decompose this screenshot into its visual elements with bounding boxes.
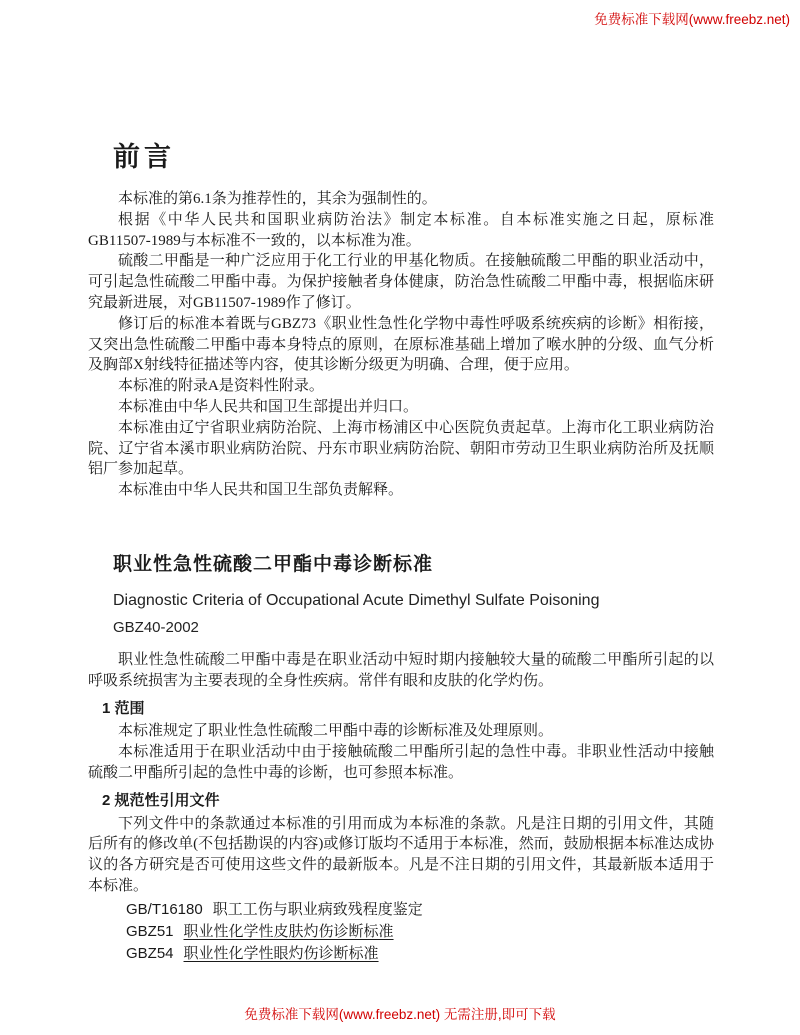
reference-title: 职工工伤与职业病致残程度鉴定 [213,902,423,918]
reference-item: GBZ54职业性化学性眼灼伤诊断标准 [126,943,714,965]
foreword-paragraph: 本标准由中华人民共和国卫生部负责解释。 [88,480,714,501]
foreword-paragraph: 本标准的附录A是资料性附录。 [88,376,714,397]
standard-title-block: 职业性急性硫酸二甲酯中毒诊断标准 Diagnostic Criteria of … [113,549,714,636]
section-scope-heading: 1 范围 [102,699,714,720]
standard-code: GBZ40-2002 [113,619,714,636]
foreword-heading: 前言 [113,135,714,174]
scope-paragraph: 本标准规定了职业性急性硫酸二甲酯中毒的诊断标准及处理原则。 [88,721,714,742]
foreword-paragraph: 本标准由中华人民共和国卫生部提出并归口。 [88,397,714,418]
reference-link[interactable]: 职业性化学性皮肤灼伤诊断标准 [184,924,394,940]
foreword-paragraph: 硫酸二甲酯是一种广泛应用于化工行业的甲基化物质。在接触硫酸二甲酯的职业活动中，可… [88,251,714,313]
foreword-paragraph: 根据《中华人民共和国职业病防治法》制定本标准。自本标准实施之日起，原标准GB11… [88,210,714,252]
references-paragraph: 下列文件中的条款通过本标准的引用而成为本标准的条款。凡是注日期的引用文件，其随后… [88,814,714,897]
foreword-paragraph: 本标准的第6.1条为推荐性的，其余为强制性的。 [88,189,714,210]
footer-watermark: 免费标准下载网(www.freebz.net) 无需注册,即可下载 [0,1003,800,1023]
reference-link[interactable]: 职业性化学性眼灼伤诊断标准 [184,946,379,962]
reference-code: GB/T16180 [126,901,203,918]
document-page: 免费标准下载网(www.freebz.net) 前言 本标准的第6.1条为推荐性… [0,0,800,1035]
reference-item: GB/T16180职工工伤与职业病致残程度鉴定 [126,899,714,921]
foreword-paragraph: 修订后的标准本着既与GBZ73《职业性急性化学物中毒性呼吸系统疾病的诊断》相衔接… [88,314,714,376]
reference-code: GBZ51 [126,923,174,940]
standard-title-zh: 职业性急性硫酸二甲酯中毒诊断标准 [113,549,714,576]
reference-code: GBZ54 [126,945,174,962]
document-content: 前言 本标准的第6.1条为推荐性的，其余为强制性的。 根据《中华人民共和国职业病… [88,0,714,966]
standard-intro-paragraph: 职业性急性硫酸二甲酯中毒是在职业活动中短时期内接触较大量的硫酸二甲酯所引起的以呼… [88,650,714,692]
reference-item: GBZ51职业性化学性皮肤灼伤诊断标准 [126,921,714,943]
standard-title-en: Diagnostic Criteria of Occupational Acut… [113,592,714,610]
reference-list: GB/T16180职工工伤与职业病致残程度鉴定 GBZ51职业性化学性皮肤灼伤诊… [126,899,714,966]
scope-paragraph: 本标准适用于在职业活动中由于接触硫酸二甲酯所引起的急性中毒。非职业性活动中接触硫… [88,742,714,784]
foreword-paragraph: 本标准由辽宁省职业病防治院、上海市杨浦区中心医院负责起草。上海市化工职业病防治院… [88,418,714,480]
section-references-heading: 2 规范性引用文件 [102,791,714,812]
